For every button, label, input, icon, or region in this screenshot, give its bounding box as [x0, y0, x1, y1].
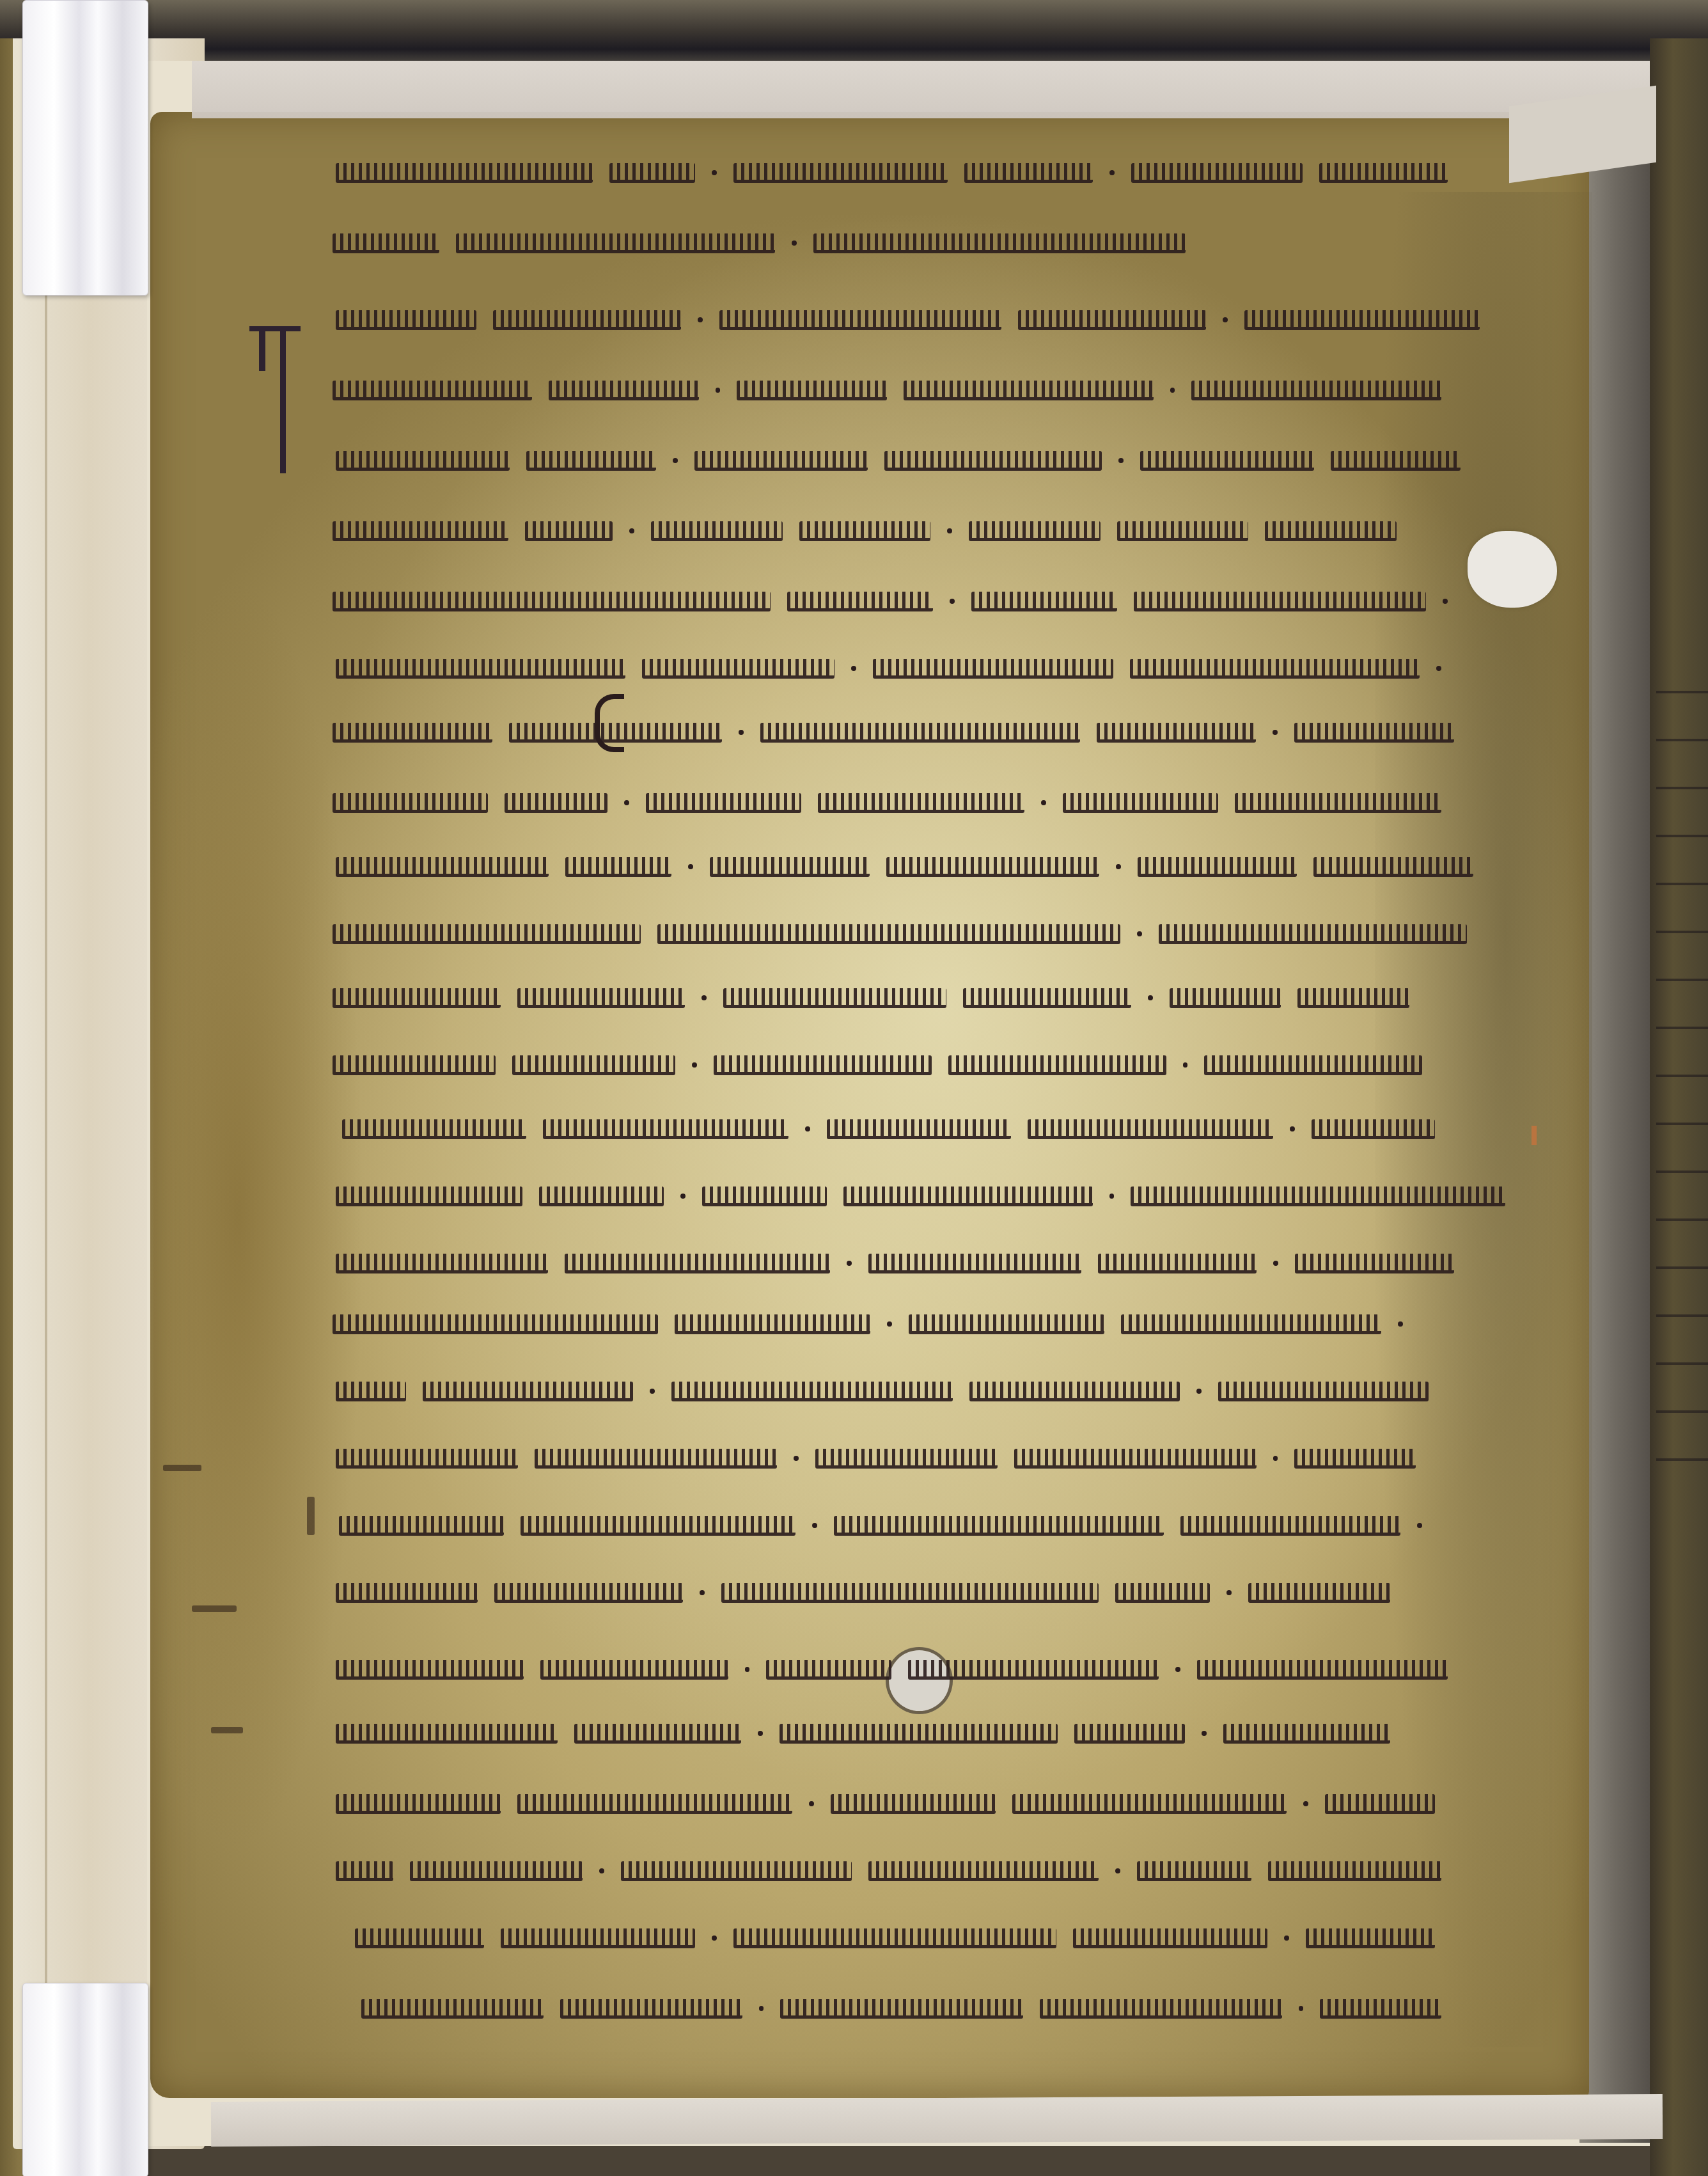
ink-word: [719, 310, 1001, 330]
manuscript-line: [333, 230, 1202, 256]
punctuation-dot: [851, 666, 856, 671]
punctuation-dot: [629, 528, 634, 533]
ink-word: [702, 1187, 827, 1206]
adjacent-leaf-line: [1656, 1027, 1708, 1029]
ink-word: [1294, 1449, 1416, 1469]
punctuation-dot: [624, 800, 629, 805]
ink-word: [1265, 521, 1397, 541]
manuscript-line: [336, 307, 1496, 333]
guard-fold-line: [45, 45, 47, 2130]
parchment-hole-upper-right: [1468, 531, 1557, 608]
ink-word: [560, 1999, 742, 2019]
ink-word: [827, 1119, 1011, 1139]
ink-word: [565, 857, 672, 877]
ink-word: [543, 1119, 788, 1139]
ink-word: [355, 1928, 484, 1948]
punctuation-dot: [712, 1936, 717, 1941]
adjacent-leaf-line: [1656, 1410, 1708, 1413]
ink-word: [1313, 857, 1473, 877]
ink-word: [336, 857, 549, 877]
punctuation-dot: [1436, 666, 1441, 671]
punctuation-dot: [887, 1321, 892, 1327]
ink-word: [1073, 1928, 1267, 1948]
manuscript-line: [336, 1580, 1407, 1605]
punctuation-dot: [809, 1801, 814, 1806]
manuscript-line: [342, 1116, 1452, 1142]
punctuation-dot: [700, 1590, 705, 1595]
ink-word: [799, 521, 931, 541]
punctuation-dot: [1115, 1868, 1120, 1873]
ink-word: [818, 793, 1024, 813]
ink-word: [1121, 1314, 1382, 1334]
manuscript-line: [333, 790, 1458, 816]
ink-word: [1098, 1254, 1257, 1273]
ink-word: [339, 1516, 504, 1536]
punctuation-dot: [1041, 800, 1046, 805]
ink-word: [1197, 1660, 1448, 1680]
ink-word: [525, 521, 613, 541]
ink-word: [609, 163, 695, 183]
ink-word: [675, 1314, 870, 1334]
ink-word: [1097, 723, 1257, 743]
ink-word: [1012, 1794, 1287, 1814]
adjacent-leaf-line: [1656, 739, 1708, 741]
punctuation-dot: [805, 1126, 810, 1131]
ink-word: [948, 1055, 1166, 1075]
manuscript-line: [336, 1378, 1445, 1404]
ink-word: [621, 1861, 851, 1881]
adjacent-leaf-line: [1656, 1458, 1708, 1461]
adjacent-leaf-line: [1656, 787, 1708, 789]
manuscript-line: [336, 1791, 1452, 1817]
ink-word: [333, 793, 488, 813]
adjacent-leaf-edge: [1650, 38, 1708, 2176]
ink-word: [813, 233, 1186, 253]
adjacent-leaf-line: [1656, 691, 1708, 693]
ink-word: [1204, 1055, 1422, 1075]
manuscript-line: [361, 1996, 1458, 2021]
punctuation-dot: [1273, 1456, 1278, 1461]
ink-word: [526, 451, 656, 471]
ink-word: [333, 1055, 496, 1075]
ink-word: [1331, 451, 1461, 471]
ink-word: [336, 1583, 478, 1603]
punctuation-dot: [1175, 1667, 1180, 1672]
book-binding-top: [0, 0, 1708, 70]
ink-word: [521, 1516, 795, 1536]
ink-word: [1138, 857, 1297, 877]
ink-word: [657, 924, 1120, 944]
ink-word: [1018, 310, 1206, 330]
ink-word: [1115, 1583, 1210, 1603]
punctuation-dot: [947, 528, 952, 533]
punctuation-dot: [680, 1194, 686, 1199]
punctuation-dot: [847, 1261, 852, 1266]
manuscript-line: [336, 1721, 1407, 1746]
punctuation-dot: [688, 864, 693, 869]
ink-word: [787, 592, 933, 611]
large-initial-letter: [249, 301, 294, 473]
punctuation-dot: [1273, 730, 1278, 735]
punctuation-dot: [1398, 1321, 1403, 1327]
ink-word: [780, 1724, 1058, 1744]
punctuation-dot: [1226, 1590, 1232, 1595]
ink-word: [1248, 1583, 1390, 1603]
ink-word: [737, 381, 887, 400]
adjacent-leaf-line: [1656, 1075, 1708, 1077]
manuscript-line: [336, 1657, 1464, 1682]
ink-word: [333, 381, 532, 400]
punctuation-dot: [1284, 1936, 1289, 1941]
ink-word: [336, 1382, 406, 1401]
punctuation-dot: [692, 1062, 697, 1068]
ink-word: [886, 857, 1099, 877]
ink-word: [963, 988, 1131, 1008]
ink-word: [651, 521, 783, 541]
margin-note: [192, 1605, 237, 1612]
adjacent-leaf-line: [1656, 1218, 1708, 1221]
ink-word: [831, 1794, 996, 1814]
ink-word: [1063, 793, 1218, 813]
manuscript-line: [336, 854, 1490, 879]
ink-word: [1028, 1119, 1273, 1139]
ink-word: [868, 1861, 1099, 1881]
punctuation-dot: [1196, 1389, 1202, 1394]
punctuation-dot: [1223, 317, 1228, 322]
ink-word: [1040, 1999, 1282, 2019]
ink-word: [1235, 793, 1441, 813]
manuscript-line: [333, 1311, 1420, 1337]
manuscript-line: [333, 518, 1413, 544]
ink-word: [694, 451, 868, 471]
ink-word: [1131, 163, 1303, 183]
ink-word: [574, 1724, 741, 1744]
ink-word: [336, 310, 476, 330]
punctuation-dot: [599, 1868, 604, 1873]
ink-word: [336, 1660, 524, 1680]
ink-word: [721, 1583, 1099, 1603]
ink-word: [909, 1314, 1104, 1334]
ink-word: [1320, 1999, 1441, 2019]
manuscript-line: [336, 1446, 1432, 1471]
adjacent-leaf-line: [1656, 1123, 1708, 1125]
ink-word: [1137, 1861, 1252, 1881]
ink-word: [333, 521, 508, 541]
ink-word: [336, 1187, 522, 1206]
ink-word: [1223, 1724, 1390, 1744]
punctuation-dot: [716, 388, 721, 393]
ink-word: [333, 233, 439, 253]
ink-word: [505, 793, 608, 813]
ink-word: [333, 924, 641, 944]
punctuation-dot: [950, 599, 955, 604]
punctuation-dot: [1183, 1062, 1188, 1068]
punctuation-dot: [698, 317, 703, 322]
ink-word: [336, 451, 510, 471]
ink-word: [1180, 1516, 1400, 1536]
punctuation-dot: [1148, 995, 1153, 1000]
manuscript-line: [339, 1513, 1439, 1538]
ink-word: [642, 659, 834, 679]
ink-word: [493, 310, 681, 330]
punctuation-dot: [673, 458, 678, 463]
ink-word: [884, 451, 1102, 471]
manuscript-line: [333, 1052, 1439, 1078]
punctuation-dot: [745, 1667, 750, 1672]
punctuation-dot: [1109, 1194, 1115, 1199]
punctuation-dot: [1273, 1261, 1278, 1266]
ink-word: [780, 1999, 1022, 2019]
ink-word: [908, 1660, 1159, 1680]
ink-word: [1297, 988, 1409, 1008]
ink-word: [733, 163, 948, 183]
ink-word: [1295, 1254, 1454, 1273]
ink-word: [1131, 1187, 1505, 1206]
adjacent-leaf-line: [1656, 835, 1708, 837]
parchment-stain-left: [153, 576, 364, 1855]
ink-word: [969, 521, 1101, 541]
adjacent-leaf-line: [1656, 883, 1708, 885]
ink-word: [1140, 451, 1314, 471]
ink-word: [733, 1928, 1057, 1948]
ink-word: [868, 1254, 1081, 1273]
manuscript-line: [355, 1925, 1452, 1951]
punctuation-dot: [794, 1456, 799, 1461]
ink-word: [456, 233, 775, 253]
ink-word: [1170, 988, 1281, 1008]
punctuation-dot: [650, 1389, 655, 1394]
margin-note: [163, 1465, 201, 1471]
ink-word: [501, 1928, 694, 1948]
ink-word: [336, 659, 625, 679]
ink-word: [1325, 1794, 1435, 1814]
punctuation-dot: [1109, 170, 1115, 175]
ink-word: [1014, 1449, 1257, 1469]
manuscript-line: [336, 448, 1477, 473]
adjacent-leaf-line: [1656, 979, 1708, 981]
ink-word: [565, 1254, 830, 1273]
white-clip-bottom: [22, 1983, 148, 2176]
punctuation-dot: [712, 170, 717, 175]
ink-word: [834, 1516, 1164, 1536]
ink-word: [333, 988, 501, 1008]
punctuation-dot: [1303, 1801, 1308, 1806]
ink-word: [714, 1055, 932, 1075]
ink-word: [671, 1382, 952, 1401]
manuscript-line: [336, 656, 1458, 681]
ink-word: [1191, 381, 1441, 400]
punctuation-dot: [1417, 1523, 1422, 1528]
ink-word: [336, 1449, 518, 1469]
punctuation-dot: [759, 2006, 764, 2011]
punctuation-dot: [701, 995, 707, 1000]
punctuation-dot: [1299, 2006, 1304, 2011]
manuscript-line: [333, 588, 1464, 614]
punctuation-dot: [1137, 931, 1142, 936]
ink-word: [361, 1999, 544, 2019]
ink-word: [1117, 521, 1249, 541]
adjacent-leaf-line: [1656, 1362, 1708, 1365]
ink-word: [843, 1187, 1093, 1206]
ink-word: [1268, 1861, 1441, 1881]
ink-word: [1134, 592, 1426, 611]
ink-word: [333, 592, 771, 611]
punctuation-dot: [1118, 458, 1124, 463]
manuscript-line: [336, 1183, 1522, 1209]
ink-word: [540, 1660, 728, 1680]
ink-word: [336, 1724, 558, 1744]
ink-word: [760, 723, 1080, 743]
ink-word: [336, 163, 593, 183]
white-clip-top: [22, 0, 148, 296]
ink-word: [1244, 310, 1480, 330]
punctuation-dot: [758, 1731, 763, 1736]
punctuation-dot: [1443, 599, 1448, 604]
ink-word: [342, 1119, 526, 1139]
manuscript-line: [333, 921, 1484, 947]
ink-word: [333, 723, 492, 743]
ink-word: [710, 857, 870, 877]
adjacent-leaf-line: [1656, 1266, 1708, 1269]
ink-word: [1159, 924, 1467, 944]
manuscript-line: [336, 1250, 1471, 1276]
ink-word: [1294, 723, 1454, 743]
ink-word: [723, 988, 946, 1008]
manuscript-line: [336, 1858, 1458, 1884]
manuscript-line: [333, 720, 1471, 745]
punctuation-dot: [1116, 864, 1121, 869]
ink-word: [517, 988, 686, 1008]
ink-word: [1218, 1382, 1429, 1401]
ink-word: [1074, 1724, 1186, 1744]
ink-word: [873, 659, 1114, 679]
adjacent-leaf-line: [1656, 931, 1708, 933]
ink-word: [336, 1254, 548, 1273]
ink-word: [971, 592, 1117, 611]
ink-word: [904, 381, 1154, 400]
top-repair-strip: [192, 61, 1650, 118]
punctuation-dot: [812, 1523, 817, 1528]
manuscript-line: [333, 985, 1426, 1011]
ink-word: [410, 1861, 583, 1881]
ink-word: [969, 1382, 1180, 1401]
ink-word: [964, 163, 1093, 183]
ink-word: [423, 1382, 633, 1401]
rubric-mark: [1532, 1126, 1537, 1145]
ink-word: [1306, 1928, 1435, 1948]
ink-word: [494, 1583, 683, 1603]
ink-word: [646, 793, 801, 813]
ink-word: [336, 1794, 501, 1814]
ink-word: [766, 1660, 891, 1680]
ink-word: [815, 1449, 998, 1469]
ink-word: [1312, 1119, 1435, 1139]
ink-word: [333, 1314, 658, 1334]
ink-word: [517, 1794, 792, 1814]
ink-word: [509, 723, 722, 743]
adjacent-leaf-line: [1656, 1171, 1708, 1173]
punctuation-dot: [1170, 388, 1175, 393]
punctuation-dot: [739, 730, 744, 735]
punctuation-dot: [1202, 1731, 1207, 1736]
punctuation-dot: [792, 240, 797, 246]
margin-initial-letter: [307, 1497, 315, 1535]
ink-word: [539, 1187, 664, 1206]
ink-word: [535, 1449, 777, 1469]
ink-word: [512, 1055, 675, 1075]
ink-word: [549, 381, 699, 400]
bottom-repair-strip: [211, 2094, 1663, 2147]
margin-note: [211, 1727, 243, 1733]
manuscript-line: [336, 160, 1464, 185]
manuscript-line: [333, 377, 1458, 403]
punctuation-dot: [1290, 1126, 1295, 1131]
ink-word: [336, 1861, 393, 1881]
ink-word: [1130, 659, 1420, 679]
adjacent-leaf-line: [1656, 1314, 1708, 1317]
ink-word: [1319, 163, 1448, 183]
